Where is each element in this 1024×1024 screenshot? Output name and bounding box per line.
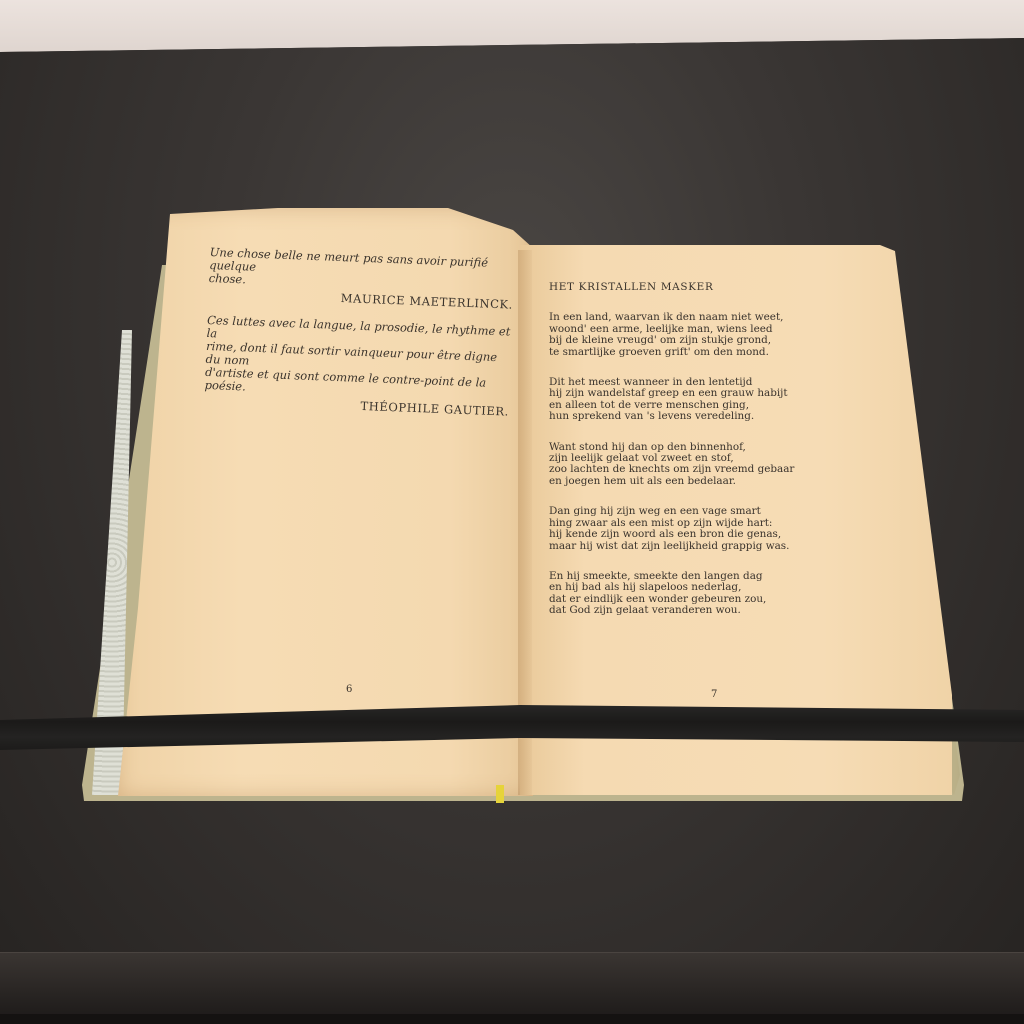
epigraph-block: Une chose belle ne meurt pas sans avoir …: [204, 246, 515, 419]
poem-line: en joegen hem uit als een bedelaar.: [549, 476, 809, 487]
poem: HET KRISTALLEN MASKER In een land, waarv…: [549, 282, 809, 636]
poem-line: bij de kleine vreugd' om zijn stukje gro…: [549, 335, 809, 346]
epigraph-quote: Ces luttes avec la langue, la prosodie, …: [204, 314, 512, 404]
poem-line: hun sprekend van 's levens veredeling.: [549, 411, 809, 422]
table-shadow: [0, 1014, 1024, 1024]
bookmark-ribbon: [496, 785, 504, 803]
page-number-right: 7: [711, 689, 717, 700]
poem-title: HET KRISTALLEN MASKER: [549, 282, 809, 293]
page-number-left: 6: [346, 684, 352, 695]
poem-line: maar hij wist dat zijn leelijkheid grapp…: [549, 541, 809, 552]
poem-stanza: In een land, waarvan ik den naam niet we…: [549, 312, 809, 358]
poem-line: en hij bad als hij slapeloos nederlag,: [549, 582, 809, 593]
poem-line: hij kende zijn woord als een bron die ge…: [549, 529, 809, 540]
poem-line: Dan ging hij zijn weg en een vage smart: [549, 506, 809, 517]
poem-line: dat God zijn gelaat veranderen wou.: [549, 605, 809, 616]
poem-line: te smartlijke groeven grift' om den mond…: [549, 347, 809, 358]
poem-stanza: Dan ging hij zijn weg en een vage smart …: [549, 506, 809, 552]
poem-stanza: Want stond hij dan op den binnenhof, zij…: [549, 442, 809, 488]
poem-stanza: Dit het meest wanneer in den lentetijd h…: [549, 377, 809, 423]
poem-stanza: En hij smeekte, smeekte den langen dag e…: [549, 571, 809, 617]
table-edge: [0, 952, 1024, 1015]
